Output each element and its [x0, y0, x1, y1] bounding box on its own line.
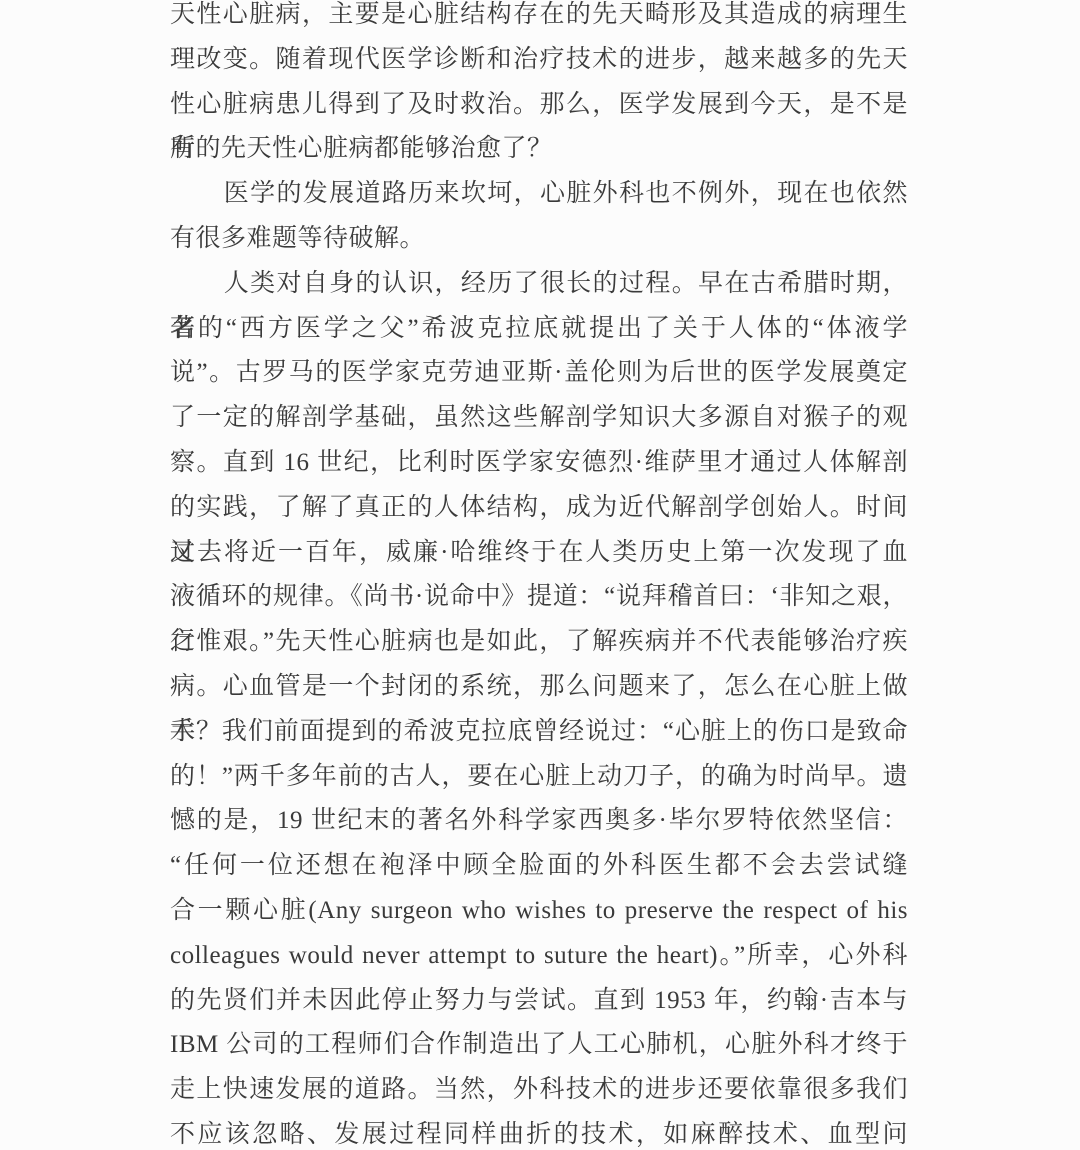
text-line-23: 的先贤们并未因此停止努力与尝试。直到 1953 年，约翰·吉本与 [170, 979, 908, 1024]
text-line-21: 合一颗心脏(Any surgeon who wishes to preserve… [170, 889, 908, 934]
book-page: 天性心脏病，主要是心脏结构存在的先天畸形及其造成的病理生 理改变。随着现代医学诊… [0, 0, 1080, 1150]
text-line-1: 天性心脏病，主要是心脏结构存在的先天畸形及其造成的病理生 [170, 0, 908, 38]
text-line-13: 过去将近一百年，威廉·哈维终于在人类历史上第一次发现了血 [170, 531, 908, 576]
text-line-14: 液循环的规律。《尚书·说命中》提道：“说拜稽首曰：‘非知之艰，行 [170, 575, 908, 620]
text-line-3: 性心脏病患儿得到了及时救治。那么，医学发展到今天，是不是所 [170, 83, 908, 128]
text-line-15: 之惟艰。”先天性心脏病也是如此，了解疾病并不代表能够治疗疾 [170, 620, 908, 665]
text-line-6: 有很多难题等待破解。 [170, 217, 908, 262]
text-line-18: 的！”两千多年前的古人，要在心脏上动刀子，的确为时尚早。遗 [170, 755, 908, 800]
text-line-22: colleagues would never attempt to suture… [170, 934, 908, 979]
text-line-9: 说”。古罗马的医学家克劳迪亚斯·盖伦则为后世的医学发展奠定 [170, 351, 908, 396]
text-line-10: 了一定的解剖学基础，虽然这些解剖学知识大多源自对猴子的观 [170, 396, 908, 441]
text-line-5: 医学的发展道路历来坎坷，心脏外科也不例外，现在也依然 [170, 172, 908, 217]
text-line-19: 憾的是，19 世纪末的著名外科学家西奥多·毕尔罗特依然坚信： [170, 799, 908, 844]
text-line-7: 人类对自身的认识，经历了很长的过程。早在古希腊时期，著 [170, 262, 908, 307]
text-line-24: IBM 公司的工程师们合作制造出了人工心肺机，心脏外科才终于 [170, 1023, 908, 1068]
text-line-4: 有的先天性心脏病都能够治愈了？ [170, 127, 908, 172]
text-line-11: 察。直到 16 世纪，比利时医学家安德烈·维萨里才通过人体解剖 [170, 441, 908, 486]
text-line-25: 走上快速发展的道路。当然，外科技术的进步还要依靠很多我们 [170, 1068, 908, 1113]
text-line-20: “任何一位还想在袍泽中顾全脸面的外科医生都不会去尝试缝 [170, 844, 908, 889]
text-line-8: 名的“西方医学之父”希波克拉底就提出了关于人体的“体液学 [170, 307, 908, 352]
text-line-16: 病。心血管是一个封闭的系统，那么问题来了，怎么在心脏上做手 [170, 665, 908, 710]
text-line-2: 理改变。随着现代医学诊断和治疗技术的进步，越来越多的先天 [170, 38, 908, 83]
text-line-26: 不应该忽略、发展过程同样曲折的技术，如麻醉技术、血型问题、 [170, 1113, 908, 1150]
text-line-12: 的实践，了解了真正的人体结构，成为近代解剖学创始人。时间又 [170, 486, 908, 531]
text-line-17: 术？我们前面提到的希波克拉底曾经说过：“心脏上的伤口是致命 [170, 710, 908, 755]
text-block: 天性心脏病，主要是心脏结构存在的先天畸形及其造成的病理生 理改变。随着现代医学诊… [170, 0, 908, 1150]
